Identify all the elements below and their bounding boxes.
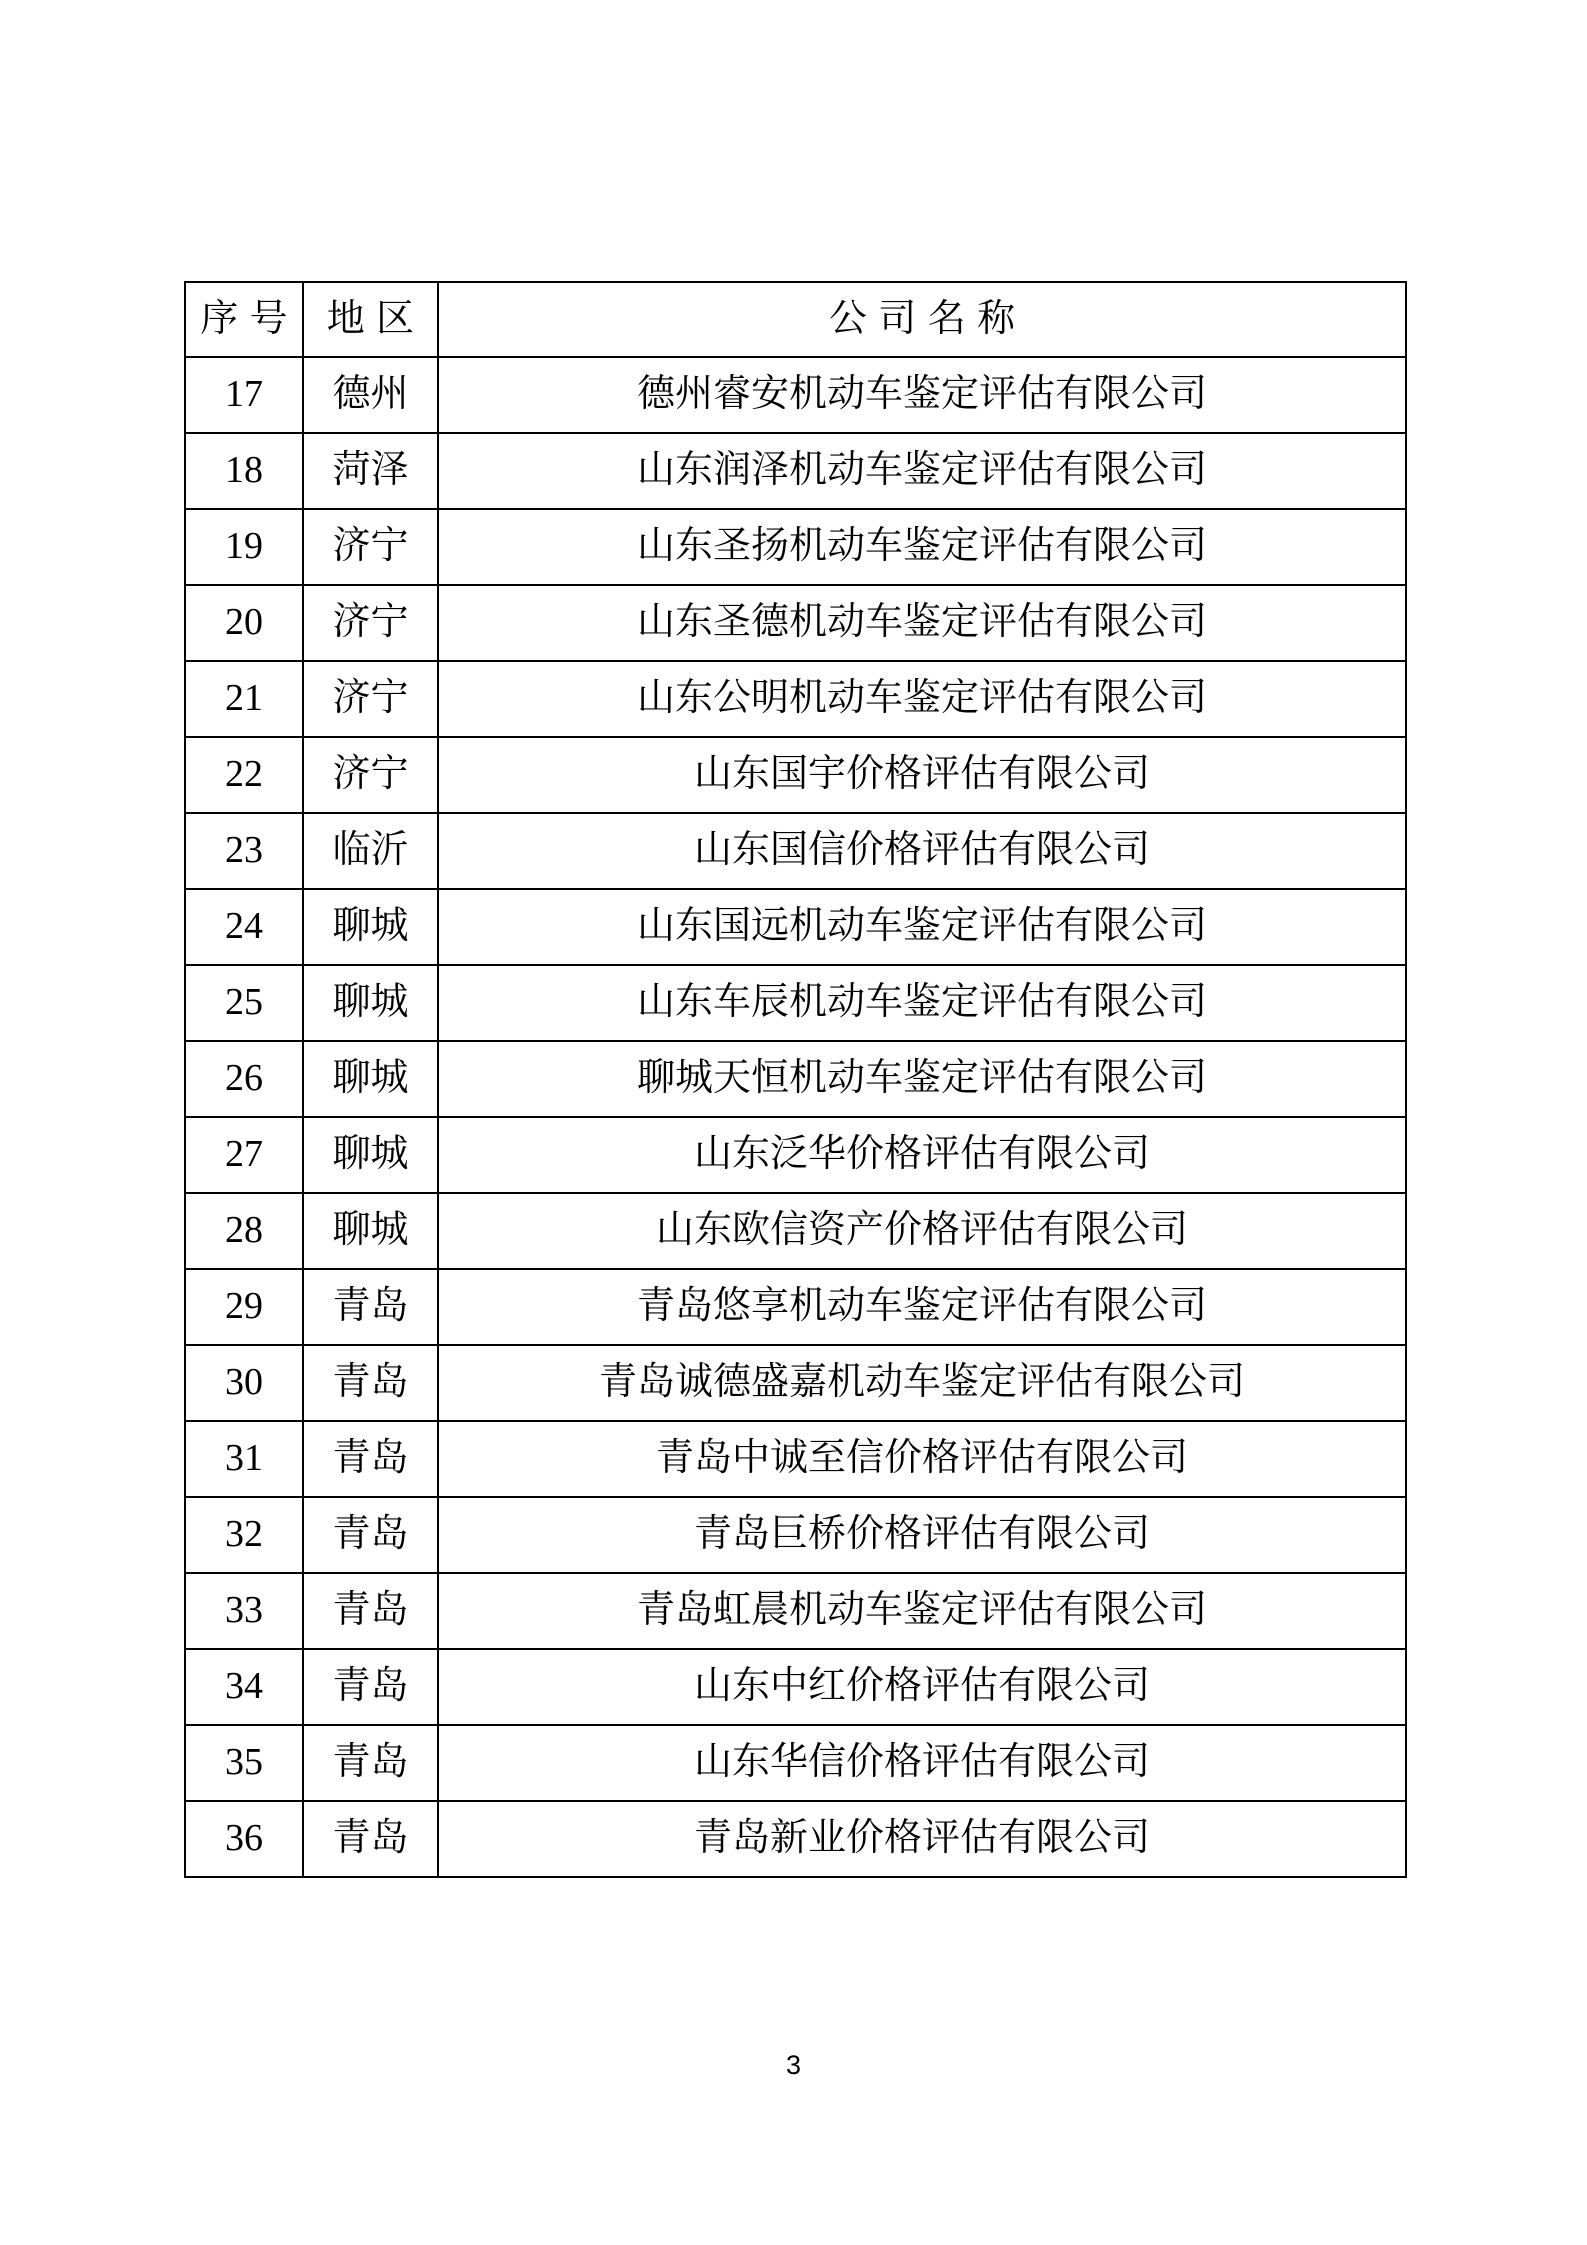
cell-index: 33 xyxy=(185,1573,303,1649)
cell-region: 济宁 xyxy=(303,509,438,585)
cell-region: 青岛 xyxy=(303,1269,438,1345)
table-row: 34 青岛 山东中红价格评估有限公司 xyxy=(185,1649,1406,1725)
table-row: 28 聊城 山东欧信资产价格评估有限公司 xyxy=(185,1193,1406,1269)
table-row: 20 济宁 山东圣德机动车鉴定评估有限公司 xyxy=(185,585,1406,661)
cell-region: 青岛 xyxy=(303,1345,438,1421)
table-row: 31 青岛 青岛中诚至信价格评估有限公司 xyxy=(185,1421,1406,1497)
cell-index: 20 xyxy=(185,585,303,661)
cell-region: 青岛 xyxy=(303,1801,438,1877)
cell-region: 聊城 xyxy=(303,889,438,965)
cell-region: 聊城 xyxy=(303,1193,438,1269)
cell-region: 青岛 xyxy=(303,1573,438,1649)
cell-region: 德州 xyxy=(303,357,438,433)
cell-company: 青岛诚德盛嘉机动车鉴定评估有限公司 xyxy=(438,1345,1406,1421)
cell-company: 山东中红价格评估有限公司 xyxy=(438,1649,1406,1725)
cell-company: 青岛新业价格评估有限公司 xyxy=(438,1801,1406,1877)
table-row: 21 济宁 山东公明机动车鉴定评估有限公司 xyxy=(185,661,1406,737)
cell-company: 青岛悠享机动车鉴定评估有限公司 xyxy=(438,1269,1406,1345)
cell-index: 21 xyxy=(185,661,303,737)
cell-region: 青岛 xyxy=(303,1725,438,1801)
table-row: 18 菏泽 山东润泽机动车鉴定评估有限公司 xyxy=(185,433,1406,509)
cell-index: 25 xyxy=(185,965,303,1041)
cell-company: 山东华信价格评估有限公司 xyxy=(438,1725,1406,1801)
cell-company: 青岛巨桥价格评估有限公司 xyxy=(438,1497,1406,1573)
cell-company: 山东国信价格评估有限公司 xyxy=(438,813,1406,889)
cell-region: 临沂 xyxy=(303,813,438,889)
cell-index: 19 xyxy=(185,509,303,585)
table-row: 27 聊城 山东泛华价格评估有限公司 xyxy=(185,1117,1406,1193)
header-cell-region: 地区 xyxy=(303,282,438,357)
cell-region: 青岛 xyxy=(303,1421,438,1497)
cell-region: 青岛 xyxy=(303,1497,438,1573)
cell-company: 山东润泽机动车鉴定评估有限公司 xyxy=(438,433,1406,509)
table-row: 33 青岛 青岛虹晨机动车鉴定评估有限公司 xyxy=(185,1573,1406,1649)
cell-company: 青岛中诚至信价格评估有限公司 xyxy=(438,1421,1406,1497)
header-cell-index: 序号 xyxy=(185,282,303,357)
cell-company: 德州睿安机动车鉴定评估有限公司 xyxy=(438,357,1406,433)
page-number: 3 xyxy=(0,2050,1587,2081)
header-cell-company: 公司名称 xyxy=(438,282,1406,357)
cell-index: 29 xyxy=(185,1269,303,1345)
table-row: 26 聊城 聊城天恒机动车鉴定评估有限公司 xyxy=(185,1041,1406,1117)
cell-company: 山东车辰机动车鉴定评估有限公司 xyxy=(438,965,1406,1041)
cell-company: 山东圣扬机动车鉴定评估有限公司 xyxy=(438,509,1406,585)
cell-company: 山东国远机动车鉴定评估有限公司 xyxy=(438,889,1406,965)
table-row: 29 青岛 青岛悠享机动车鉴定评估有限公司 xyxy=(185,1269,1406,1345)
cell-region: 菏泽 xyxy=(303,433,438,509)
table-row: 32 青岛 青岛巨桥价格评估有限公司 xyxy=(185,1497,1406,1573)
cell-region: 聊城 xyxy=(303,1117,438,1193)
cell-company: 山东欧信资产价格评估有限公司 xyxy=(438,1193,1406,1269)
cell-index: 34 xyxy=(185,1649,303,1725)
cell-region: 济宁 xyxy=(303,661,438,737)
cell-company: 山东圣德机动车鉴定评估有限公司 xyxy=(438,585,1406,661)
cell-company: 聊城天恒机动车鉴定评估有限公司 xyxy=(438,1041,1406,1117)
cell-company: 青岛虹晨机动车鉴定评估有限公司 xyxy=(438,1573,1406,1649)
table-row: 22 济宁 山东国宇价格评估有限公司 xyxy=(185,737,1406,813)
table-row: 30 青岛 青岛诚德盛嘉机动车鉴定评估有限公司 xyxy=(185,1345,1406,1421)
cell-index: 22 xyxy=(185,737,303,813)
cell-region: 青岛 xyxy=(303,1649,438,1725)
cell-index: 36 xyxy=(185,1801,303,1877)
cell-index: 24 xyxy=(185,889,303,965)
cell-index: 35 xyxy=(185,1725,303,1801)
table-row: 36 青岛 青岛新业价格评估有限公司 xyxy=(185,1801,1406,1877)
cell-region: 聊城 xyxy=(303,965,438,1041)
cell-company: 山东国宇价格评估有限公司 xyxy=(438,737,1406,813)
cell-index: 27 xyxy=(185,1117,303,1193)
cell-region: 聊城 xyxy=(303,1041,438,1117)
cell-index: 30 xyxy=(185,1345,303,1421)
table-row: 35 青岛 山东华信价格评估有限公司 xyxy=(185,1725,1406,1801)
table-row: 25 聊城 山东车辰机动车鉴定评估有限公司 xyxy=(185,965,1406,1041)
table-header-row: 序号 地区 公司名称 xyxy=(185,282,1406,357)
cell-index: 18 xyxy=(185,433,303,509)
cell-index: 31 xyxy=(185,1421,303,1497)
cell-region: 济宁 xyxy=(303,585,438,661)
cell-index: 28 xyxy=(185,1193,303,1269)
cell-company: 山东泛华价格评估有限公司 xyxy=(438,1117,1406,1193)
cell-region: 济宁 xyxy=(303,737,438,813)
cell-index: 17 xyxy=(185,357,303,433)
table-row: 19 济宁 山东圣扬机动车鉴定评估有限公司 xyxy=(185,509,1406,585)
table-row: 24 聊城 山东国远机动车鉴定评估有限公司 xyxy=(185,889,1406,965)
table-row: 23 临沂 山东国信价格评估有限公司 xyxy=(185,813,1406,889)
company-table: 序号 地区 公司名称 17 德州 德州睿安机动车鉴定评估有限公司 18 菏泽 山… xyxy=(184,281,1407,1878)
cell-company: 山东公明机动车鉴定评估有限公司 xyxy=(438,661,1406,737)
table-row: 17 德州 德州睿安机动车鉴定评估有限公司 xyxy=(185,357,1406,433)
cell-index: 23 xyxy=(185,813,303,889)
cell-index: 32 xyxy=(185,1497,303,1573)
cell-index: 26 xyxy=(185,1041,303,1117)
